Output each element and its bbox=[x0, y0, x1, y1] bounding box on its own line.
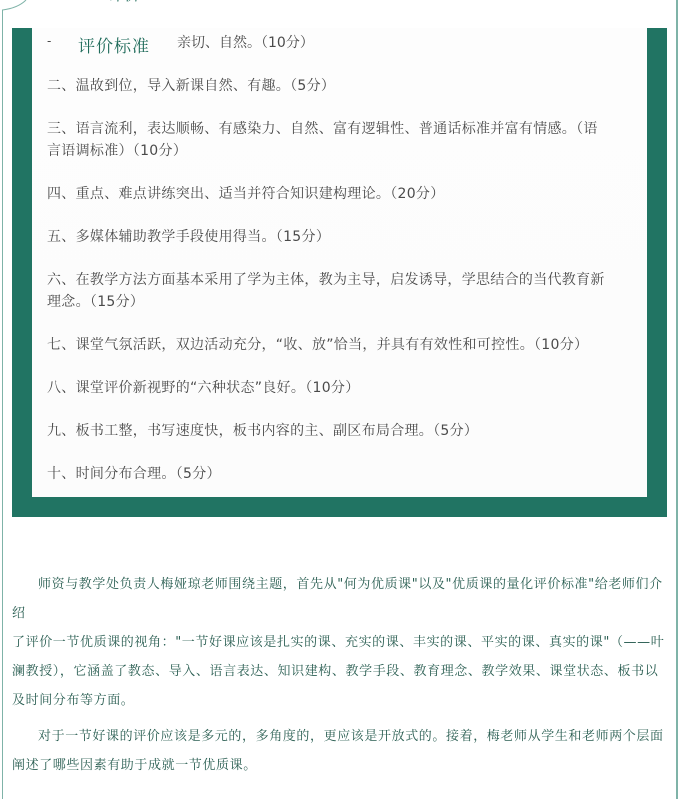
criteria-image-frame: - 亲切、自然。（10分） 评价标准 二、温故到位，导入新课自然、有趣。（5分）… bbox=[12, 28, 667, 517]
cut-off-heading: 评价 bbox=[108, 0, 140, 3]
left-border-line bbox=[2, 10, 3, 799]
criteria-item-1-dash: - bbox=[47, 34, 51, 48]
paragraph-intro: 师资与教学处负责人梅娅琼老师围绕主题，首先从"何为优质课"以及"优质课的量化评价… bbox=[12, 570, 666, 715]
paragraph-intro-line-3: 澜教授），它涵盖了教态、导入、语言表达、知识建构、教学手段、教育理念、教学效果、… bbox=[12, 657, 666, 686]
criteria-image: - 亲切、自然。（10分） 评价标准 二、温故到位，导入新课自然、有趣。（5分）… bbox=[32, 28, 647, 497]
criteria-item-1: 亲切、自然。（10分） bbox=[177, 32, 314, 54]
criteria-item-9: 九、板书工整，书写速度快，板书内容的主、副区布局合理。（5分） bbox=[47, 420, 478, 442]
criteria-item-3: 三、语言流利，表达顺畅、有感染力、自然、富有逻辑性、普通话标准并富有情感。（语 bbox=[47, 118, 598, 140]
paragraph-evaluation: 对于一节好课的评价应该是多元的，多角度的，更应该是开放式的。接着，梅老师从学生和… bbox=[12, 722, 666, 780]
paragraph-evaluation-line-2: 阐述了哪些因素有助于成就一节优质课。 bbox=[12, 751, 666, 780]
criteria-item-3-cont: 言语调标准）（10分） bbox=[47, 140, 187, 162]
right-border-line bbox=[676, 0, 678, 799]
border-corner-curve bbox=[0, 0, 30, 14]
criteria-item-10: 十、时间分布合理。（5分） bbox=[47, 463, 221, 485]
evaluation-standard-title: 评价标准 bbox=[78, 36, 154, 58]
paragraph-intro-line-2: 了评价一节优质课的视角："一节好课应该是扎实的课、充实的课、丰实的课、平实的课、… bbox=[12, 628, 666, 657]
paragraph-evaluation-line-1: 对于一节好课的评价应该是多元的，多角度的，更应该是开放式的。接着，梅老师从学生和… bbox=[12, 722, 666, 751]
criteria-item-6-cont: 理念。（15分） bbox=[47, 291, 144, 313]
paragraph-intro-line-1: 师资与教学处负责人梅娅琼老师围绕主题，首先从"何为优质课"以及"优质课的量化评价… bbox=[12, 570, 666, 628]
criteria-item-8: 八、课堂评价新视野的“六种状态”良好。（10分） bbox=[47, 377, 360, 399]
paragraph-intro-line-4: 及时间分布等方面。 bbox=[12, 686, 666, 715]
criteria-item-6: 六、在教学方法方面基本采用了学为主体，教为主导，启发诱导，学思结合的当代教育新 bbox=[47, 269, 605, 291]
criteria-item-4: 四、重点、难点讲练突出、适当并符合知识建构理论。（20分） bbox=[47, 183, 445, 205]
criteria-item-5: 五、多媒体辅助教学手段使用得当。（15分） bbox=[47, 226, 330, 248]
criteria-item-2: 二、温故到位，导入新课自然、有趣。（5分） bbox=[47, 75, 335, 97]
criteria-item-7: 七、课堂气氛活跃，双边活动充分，“收、放”恰当，并具有有效性和可控性。（10分） bbox=[47, 334, 588, 356]
